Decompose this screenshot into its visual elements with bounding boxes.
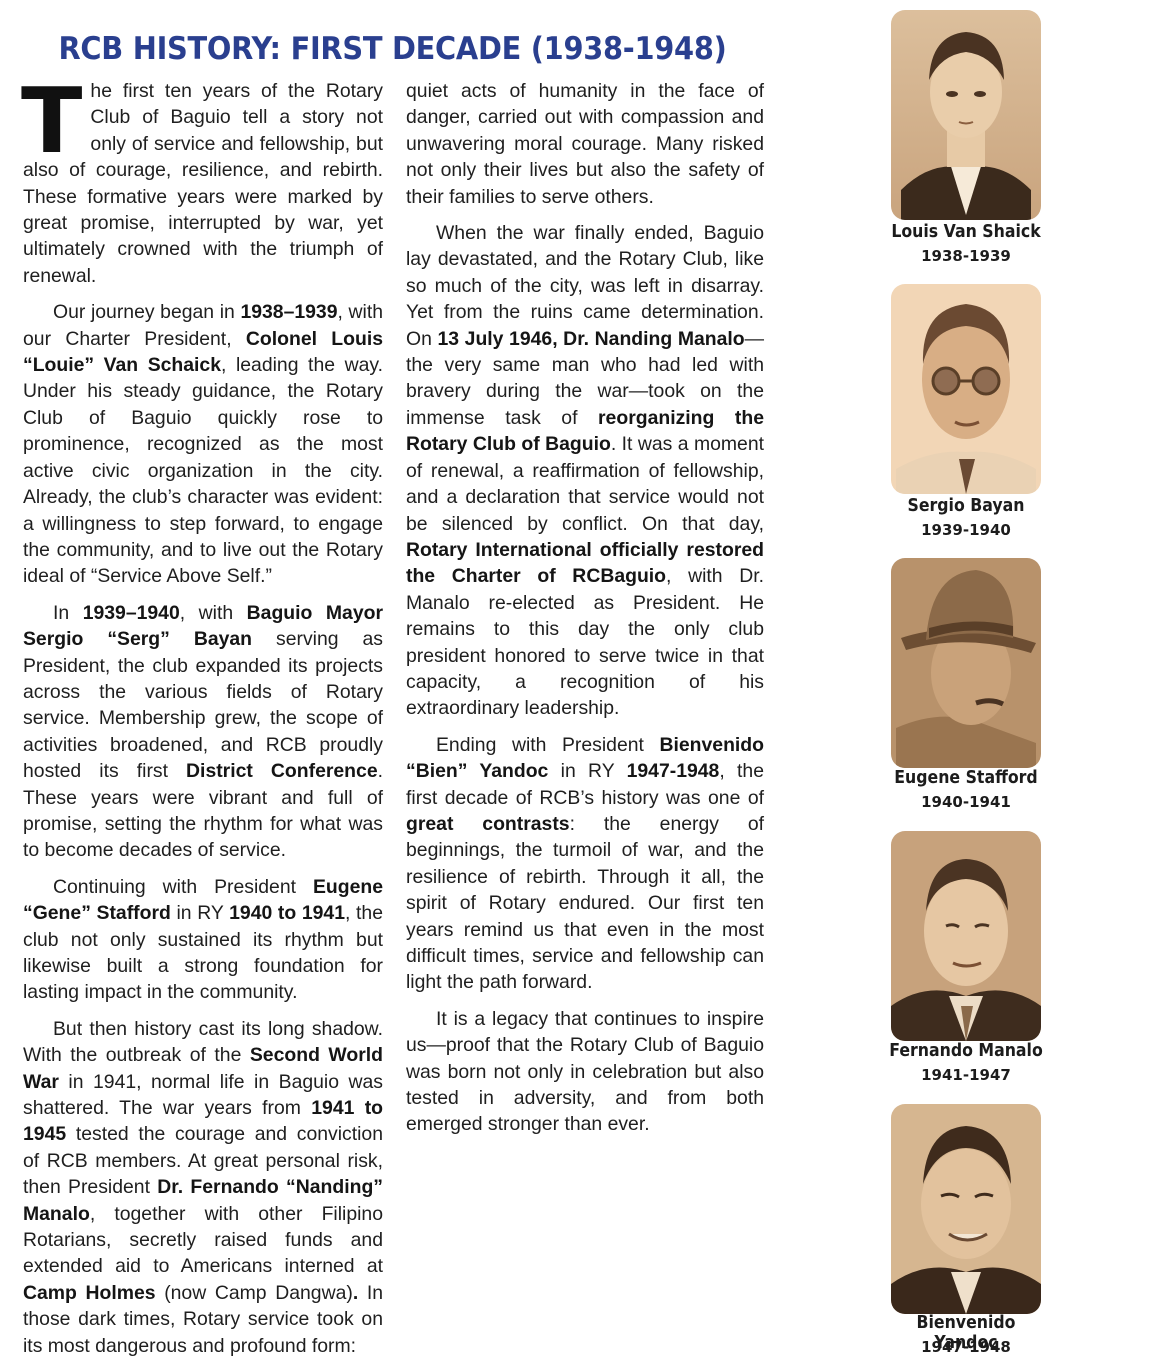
drop-cap: T (21, 87, 82, 157)
article-paragraph: When the war finally ended, Baguio lay d… (406, 220, 764, 722)
portrait-young-man-uniform-icon (891, 10, 1041, 220)
article-paragraph: The first ten years of the Rotary Club o… (23, 78, 383, 289)
president-name: Louis Van Shaick (889, 222, 1044, 242)
body-text: In (53, 602, 83, 624)
article-paragraph: Our journey began in 1938–1939, with our… (23, 299, 383, 589)
president-photo-van-schaick (891, 10, 1041, 220)
article-paragraph: Ending with President Bienvenido “Bien” … (406, 732, 764, 996)
body-text: , leading the way. Under his steady guid… (23, 354, 383, 587)
bold-text: District Conference (186, 760, 378, 782)
portrait-man-suit-icon (891, 831, 1041, 1041)
president-photo-yandoc (891, 1104, 1041, 1314)
article-left-column: The first ten years of the Rotary Club o… (23, 78, 383, 1369)
article-paragraph: quiet acts of humanity in the face of da… (406, 78, 764, 210)
body-text: Ending with President (436, 734, 659, 756)
president-years: 1939-1940 (880, 521, 1052, 539)
president-name: Fernando Manalo (889, 1041, 1044, 1061)
body-text: in RY (548, 760, 626, 782)
bold-text: 13 July 1946, Dr. Nanding Manalo (437, 328, 744, 350)
president-years: 1940-1941 (880, 793, 1052, 811)
body-text: It is a legacy that continues to inspire… (406, 1008, 764, 1136)
page-title: RCB HISTORY: FIRST DECADE (1938-1948) (27, 31, 757, 67)
portrait-man-suit-smiling-icon (891, 1104, 1041, 1314)
bold-text: Camp Holmes (23, 1282, 156, 1304)
article-paragraph: But then history cast its long shadow. W… (23, 1016, 383, 1359)
body-text: in RY (171, 902, 229, 924)
president-photo-bayan (891, 284, 1041, 494)
body-text: Our journey began in (53, 301, 240, 323)
president-years: 1938-1939 (880, 247, 1052, 265)
article-paragraph: In 1939–1940, with Baguio Mayor Sergio “… (23, 600, 383, 864)
president-photo-stafford (891, 558, 1041, 768)
president-years: 1941-1947 (880, 1066, 1052, 1084)
bold-text: great contrasts (406, 813, 570, 835)
bold-text: 1940 to 1941 (229, 902, 345, 924)
article-paragraph: Continuing with President Eugene “Gene” … (23, 874, 383, 1006)
bold-text: 1947-1948 (627, 760, 720, 782)
portrait-man-glasses-icon (891, 284, 1041, 494)
body-text: (now Camp Dangwa) (156, 1282, 353, 1304)
president-photo-manalo (891, 831, 1041, 1041)
body-text: : the energy of beginnings, the turmoil … (406, 813, 764, 993)
bold-text: 1938–1939 (240, 301, 337, 323)
article-paragraph: It is a legacy that continues to inspire… (406, 1006, 764, 1138)
portrait-man-fedora-icon (891, 558, 1041, 768)
bold-text: 1939–1940 (83, 602, 180, 624)
body-text: , with (180, 602, 247, 624)
body-text: Continuing with President (53, 876, 313, 898)
body-text: , with Dr. Manalo re-elected as Presiden… (406, 565, 764, 719)
president-years: 1947-1948 (880, 1338, 1052, 1356)
president-name: Eugene Stafford (889, 768, 1044, 788)
body-text: quiet acts of humanity in the face of da… (406, 80, 764, 208)
president-name: Sergio Bayan (889, 496, 1044, 516)
article-middle-column: quiet acts of humanity in the face of da… (406, 78, 764, 1148)
